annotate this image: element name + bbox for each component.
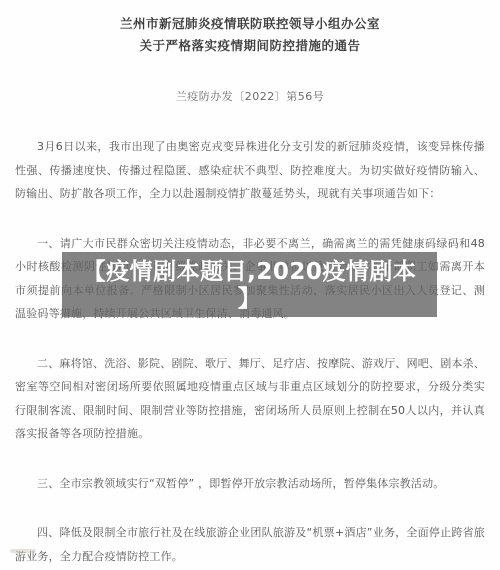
watermark-text: 【疫情剧本题目,2020疫情剧本 】: [83, 258, 417, 312]
paragraph-item-3: 三、全市宗教领域实行“双暂停” ，即暂停开放宗教活动场所，暂停集体宗教活动。: [15, 472, 485, 496]
paragraph-item-2: 二、麻将馆、洗浴、影院、剧院、歌厅、舞厅、足疗店、按摩院、游戏厅、网吧、剧本杀、…: [15, 352, 485, 446]
paragraph-intro: 3月6日以来，我市出现了由奥密克戎变异株进化分支引发的新冠肺炎疫情，该变异株传播…: [15, 135, 485, 206]
scan-artifact-smudge: [10, 549, 36, 553]
notice-document: 兰州市新冠肺炎疫情联防联控领导小组办公室 关于严格落实疫情期间防控措施的通告 兰…: [0, 0, 500, 570]
notice-title-line-1: 兰州市新冠肺炎疫情联防联控领导小组办公室: [15, 13, 485, 35]
watermark-text-line-1: 【疫情剧本题目,2020疫情剧本: [83, 258, 417, 286]
doc-number: 兰疫防办发〔2022〕第56号: [15, 86, 485, 108]
paragraph-item-4: 四、降低及限制全市旅行社及在线旅游企业团队旅游及“机票+酒店”业务，全面停止跨省…: [15, 521, 485, 568]
watermark-overlay: 【疫情剧本题目,2020疫情剧本 】: [62, 252, 437, 317]
notice-body: 3月6日以来，我市出现了由奥密克戎变异株进化分支引发的新冠肺炎疫情，该变异株传播…: [15, 135, 485, 568]
watermark-text-line-2: 】: [83, 286, 417, 312]
notice-title-line-2: 关于严格落实疫情期间防控措施的通告: [15, 35, 485, 57]
